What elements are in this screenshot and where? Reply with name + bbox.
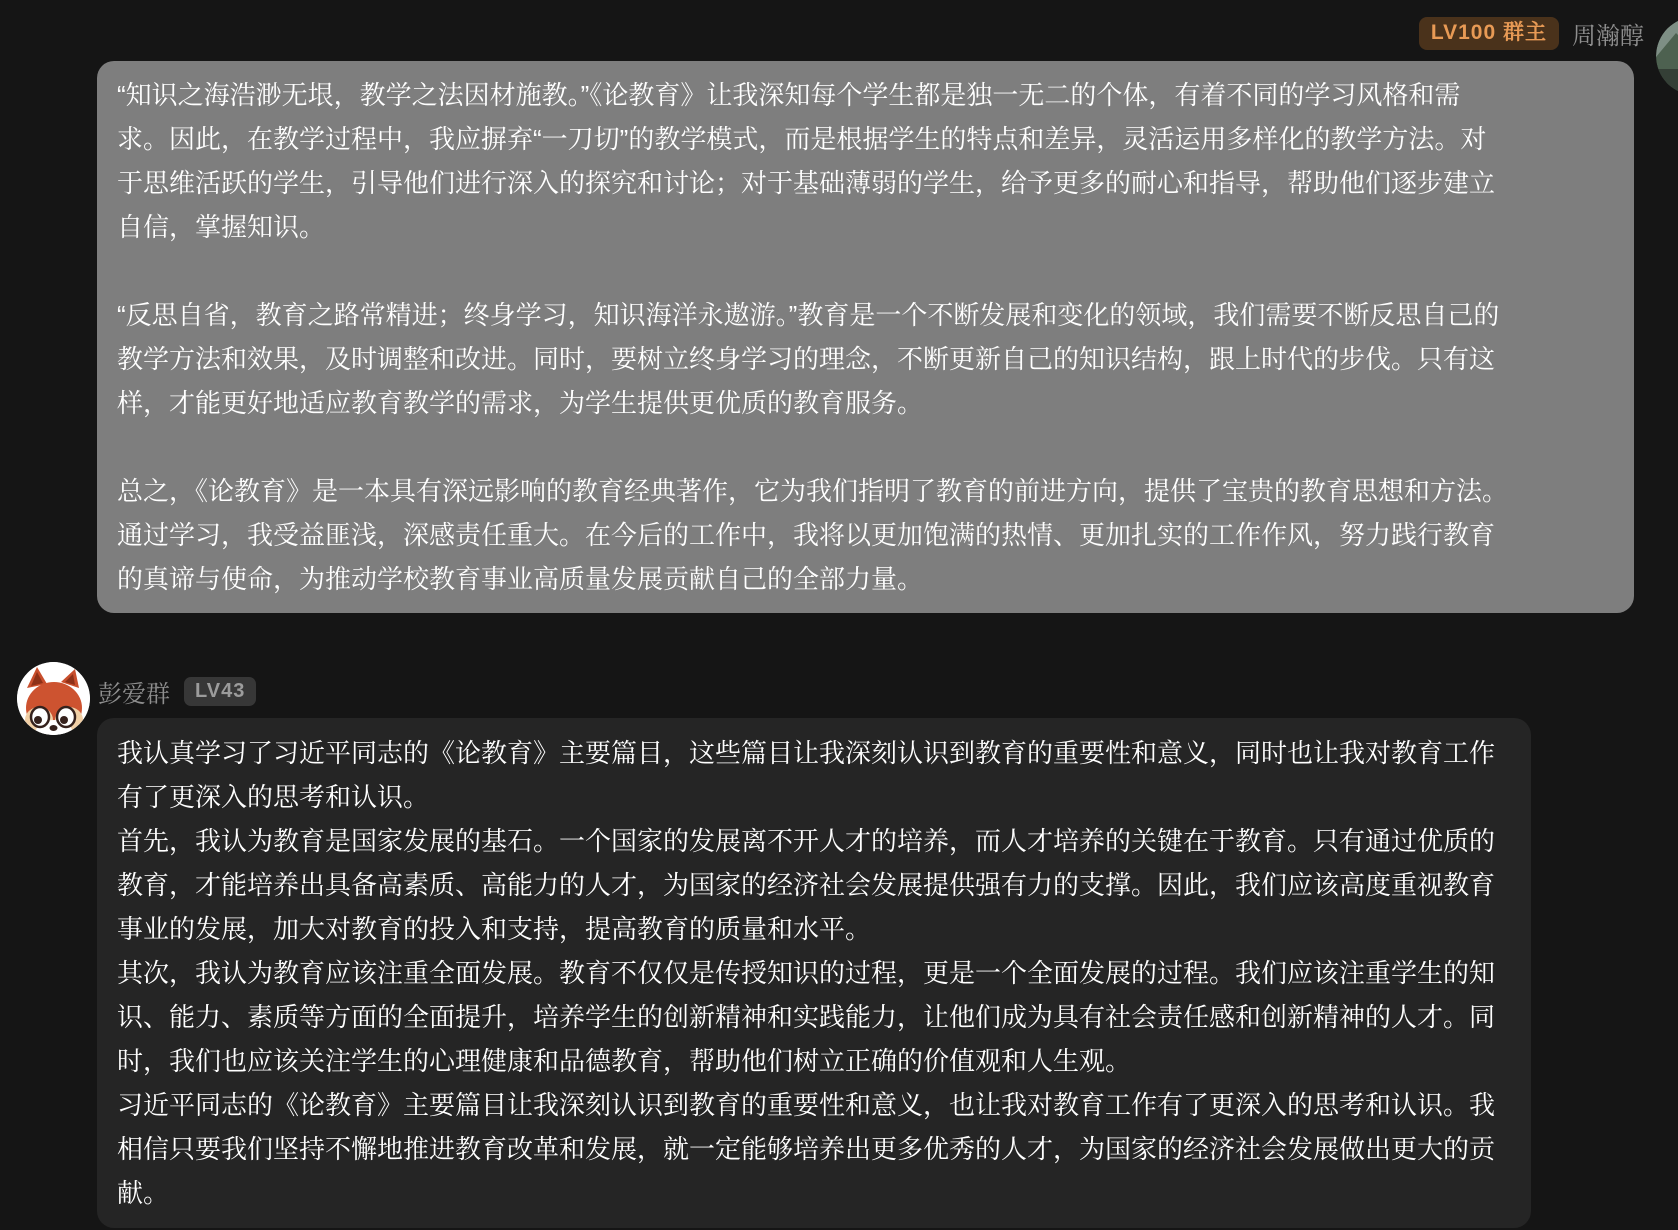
message-text-line: 通过学习，我受益匪浅，深感责任重大。在今后的工作中，我将以更加饱满的热情、更加扎… (117, 513, 1614, 557)
message-text-line: 总之，《论教育》是一本具有深远影响的教育经典著作，它为我们指明了教育的前进方向，… (117, 469, 1614, 513)
message-paragraph: “反思自省，教育之路常精进；终身学习，知识海洋永遨游。”教育是一个不断发展和变化… (117, 293, 1614, 425)
message-text-line: 自信，掌握知识。 (117, 205, 1614, 249)
message-text-line: 识、能力、素质等方面的全面提升，培养学生的创新精神和实践能力，让他们成为具有社会… (117, 995, 1511, 1039)
message-text-line: 献。 (117, 1171, 1511, 1215)
message-text-line: 相信只要我们坚持不懈地推进教育改革和发展，就一定能够培养出更多优秀的人才，为国家… (117, 1127, 1511, 1171)
scenery-photo-avatar-icon (1656, 17, 1678, 95)
message-paragraph: 我认真学习了习近平同志的《论教育》主要篇目，这些篇目让我深刻认识到教育的重要性和… (117, 731, 1511, 819)
message-text-line: 教育，才能培养出具备高素质、高能力的人才，为国家的经济社会发展提供强有力的支撑。… (117, 863, 1511, 907)
message-text-line: 有了更深入的思考和认识。 (117, 775, 1511, 819)
message-paragraph: 习近平同志的《论教育》主要篇目让我深刻认识到教育的重要性和意义，也让我对教育工作… (117, 1083, 1511, 1215)
message-text-line: 教学方法和效果，及时调整和改进。同时，要树立终身学习的理念，不断更新自己的知识结… (117, 337, 1614, 381)
message-text-line: “反思自省，教育之路常精进；终身学习，知识海洋永遨游。”教育是一个不断发展和变化… (117, 293, 1614, 337)
fox-cartoon-avatar-icon (17, 662, 90, 735)
avatar[interactable] (17, 662, 90, 735)
message-text-line: 样，才能更好地适应教育教学的需求，为学生提供更优质的教育服务。 (117, 381, 1614, 425)
message-header-right: LV100 群主 周瀚醇 (0, 16, 1644, 51)
message-header-left: 彭爱群 LV43 (98, 674, 256, 709)
message-text-line: “知识之海浩渺无垠，教学之法因材施教。”《论教育》让我深知每个学生都是独一无二的… (117, 73, 1614, 117)
message-bubble-incoming[interactable]: 我认真学习了习近平同志的《论教育》主要篇目，这些篇目让我深刻认识到教育的重要性和… (97, 718, 1531, 1228)
message-paragraph: 其次，我认为教育应该注重全面发展。教育不仅仅是传授知识的过程，更是一个全面发展的… (117, 951, 1511, 1083)
message-text-line: 其次，我认为教育应该注重全面发展。教育不仅仅是传授知识的过程，更是一个全面发展的… (117, 951, 1511, 995)
message-text-line: 我认真学习了习近平同志的《论教育》主要篇目，这些篇目让我深刻认识到教育的重要性和… (117, 731, 1511, 775)
message-text-line: 首先，我认为教育是国家发展的基石。一个国家的发展离不开人才的培养，而人才培养的关… (117, 819, 1511, 863)
sender-name-left[interactable]: 彭爱群 (98, 674, 170, 709)
message-paragraph: “知识之海浩渺无垠，教学之法因材施教。”《论教育》让我深知每个学生都是独一无二的… (117, 73, 1614, 249)
message-text-line: 事业的发展，加大对教育的投入和支持，提高教育的质量和水平。 (117, 907, 1511, 951)
sender-name-right[interactable]: 周瀚醇 (1572, 16, 1644, 51)
message-text-line: 于思维活跃的学生，引导他们进行深入的探究和讨论；对于基础薄弱的学生，给予更多的耐… (117, 161, 1614, 205)
member-level-badge[interactable]: LV43 (184, 677, 256, 706)
message-paragraph: 首先，我认为教育是国家发展的基石。一个国家的发展离不开人才的培养，而人才培养的关… (117, 819, 1511, 951)
message-text-line: 的真谛与使命，为推动学校教育事业高质量发展贡献自己的全部力量。 (117, 557, 1614, 601)
group-owner-level-badge[interactable]: LV100 群主 (1419, 17, 1559, 49)
message-bubble-outgoing[interactable]: “知识之海浩渺无垠，教学之法因材施教。”《论教育》让我深知每个学生都是独一无二的… (97, 61, 1634, 613)
message-text-line: 求。因此，在教学过程中，我应摒弃“一刀切”的教学模式，而是根据学生的特点和差异，… (117, 117, 1614, 161)
message-text-line: 习近平同志的《论教育》主要篇目让我深刻认识到教育的重要性和意义，也让我对教育工作… (117, 1083, 1511, 1127)
message-text-line: 时，我们也应该关注学生的心理健康和品德教育，帮助他们树立正确的价值观和人生观。 (117, 1039, 1511, 1083)
message-paragraph: 总之，《论教育》是一本具有深远影响的教育经典著作，它为我们指明了教育的前进方向，… (117, 469, 1614, 601)
avatar[interactable] (1656, 17, 1678, 95)
